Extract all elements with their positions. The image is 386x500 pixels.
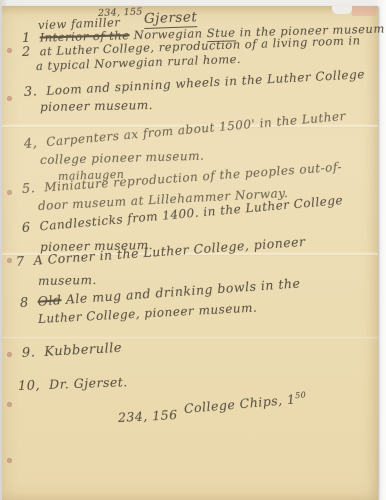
paper-edge-notch [332, 6, 352, 14]
page-title: Gjerset [144, 9, 198, 27]
paper-sheet: 234, 155 Gjerset view familler 1Interior… [2, 6, 378, 500]
item-10-number: 10, [18, 378, 41, 394]
item-3-number: 3. [24, 84, 38, 100]
item-10: 10,Dr. Gjerset. [18, 374, 128, 394]
punch-hole [7, 96, 12, 101]
scanned-document-page: { "colors": { "paper": "#ecdcb3", "ink":… [0, 0, 386, 500]
item-3-line-1: 3.Loom and spinning wheels in the Luther… [24, 67, 366, 100]
item-7-number: 7 [16, 254, 26, 270]
paper-crease [2, 336, 378, 340]
source-note-text: College Chips, 1 [183, 391, 296, 416]
source-note: College Chips, 150 [183, 390, 307, 416]
item-8-struck-text: Old [37, 292, 62, 309]
punch-hole [7, 402, 12, 407]
item-6-number: 6 [21, 220, 31, 236]
item-8-number: 8 [20, 295, 30, 311]
source-note-superscript: 50 [295, 390, 307, 400]
punch-hole [7, 352, 12, 357]
punch-hole [7, 258, 12, 263]
pink-patch [352, 6, 376, 16]
item-3-line-2: pioneer museum. [40, 98, 153, 114]
item-9-number: 9. [22, 345, 36, 361]
punch-hole [7, 48, 12, 53]
page-reference-bottom: 234, 156 [118, 407, 178, 425]
item-4-line-2: college pioneer museum. [40, 149, 205, 167]
item-3-text: Loom and spinning wheels in the Luther C… [46, 67, 365, 98]
punch-hole [7, 458, 12, 463]
item-4-text: Carpenters ax from about 1500' in the Lu… [46, 109, 347, 149]
item-2-number: 2 [22, 45, 31, 60]
item-7-line-2: museum. [38, 273, 97, 288]
item-10-text: Dr. Gjerset. [49, 374, 128, 392]
item-9: 9.Kubberulle [22, 341, 123, 361]
item-4-number: 4, [23, 136, 38, 152]
item-4-line-1: 4,Carpenters ax from about 1500' in the … [23, 109, 346, 152]
punch-hole [7, 190, 12, 195]
item-9-text: Kubberulle [44, 341, 122, 360]
item-5-number: 5. [21, 181, 35, 197]
